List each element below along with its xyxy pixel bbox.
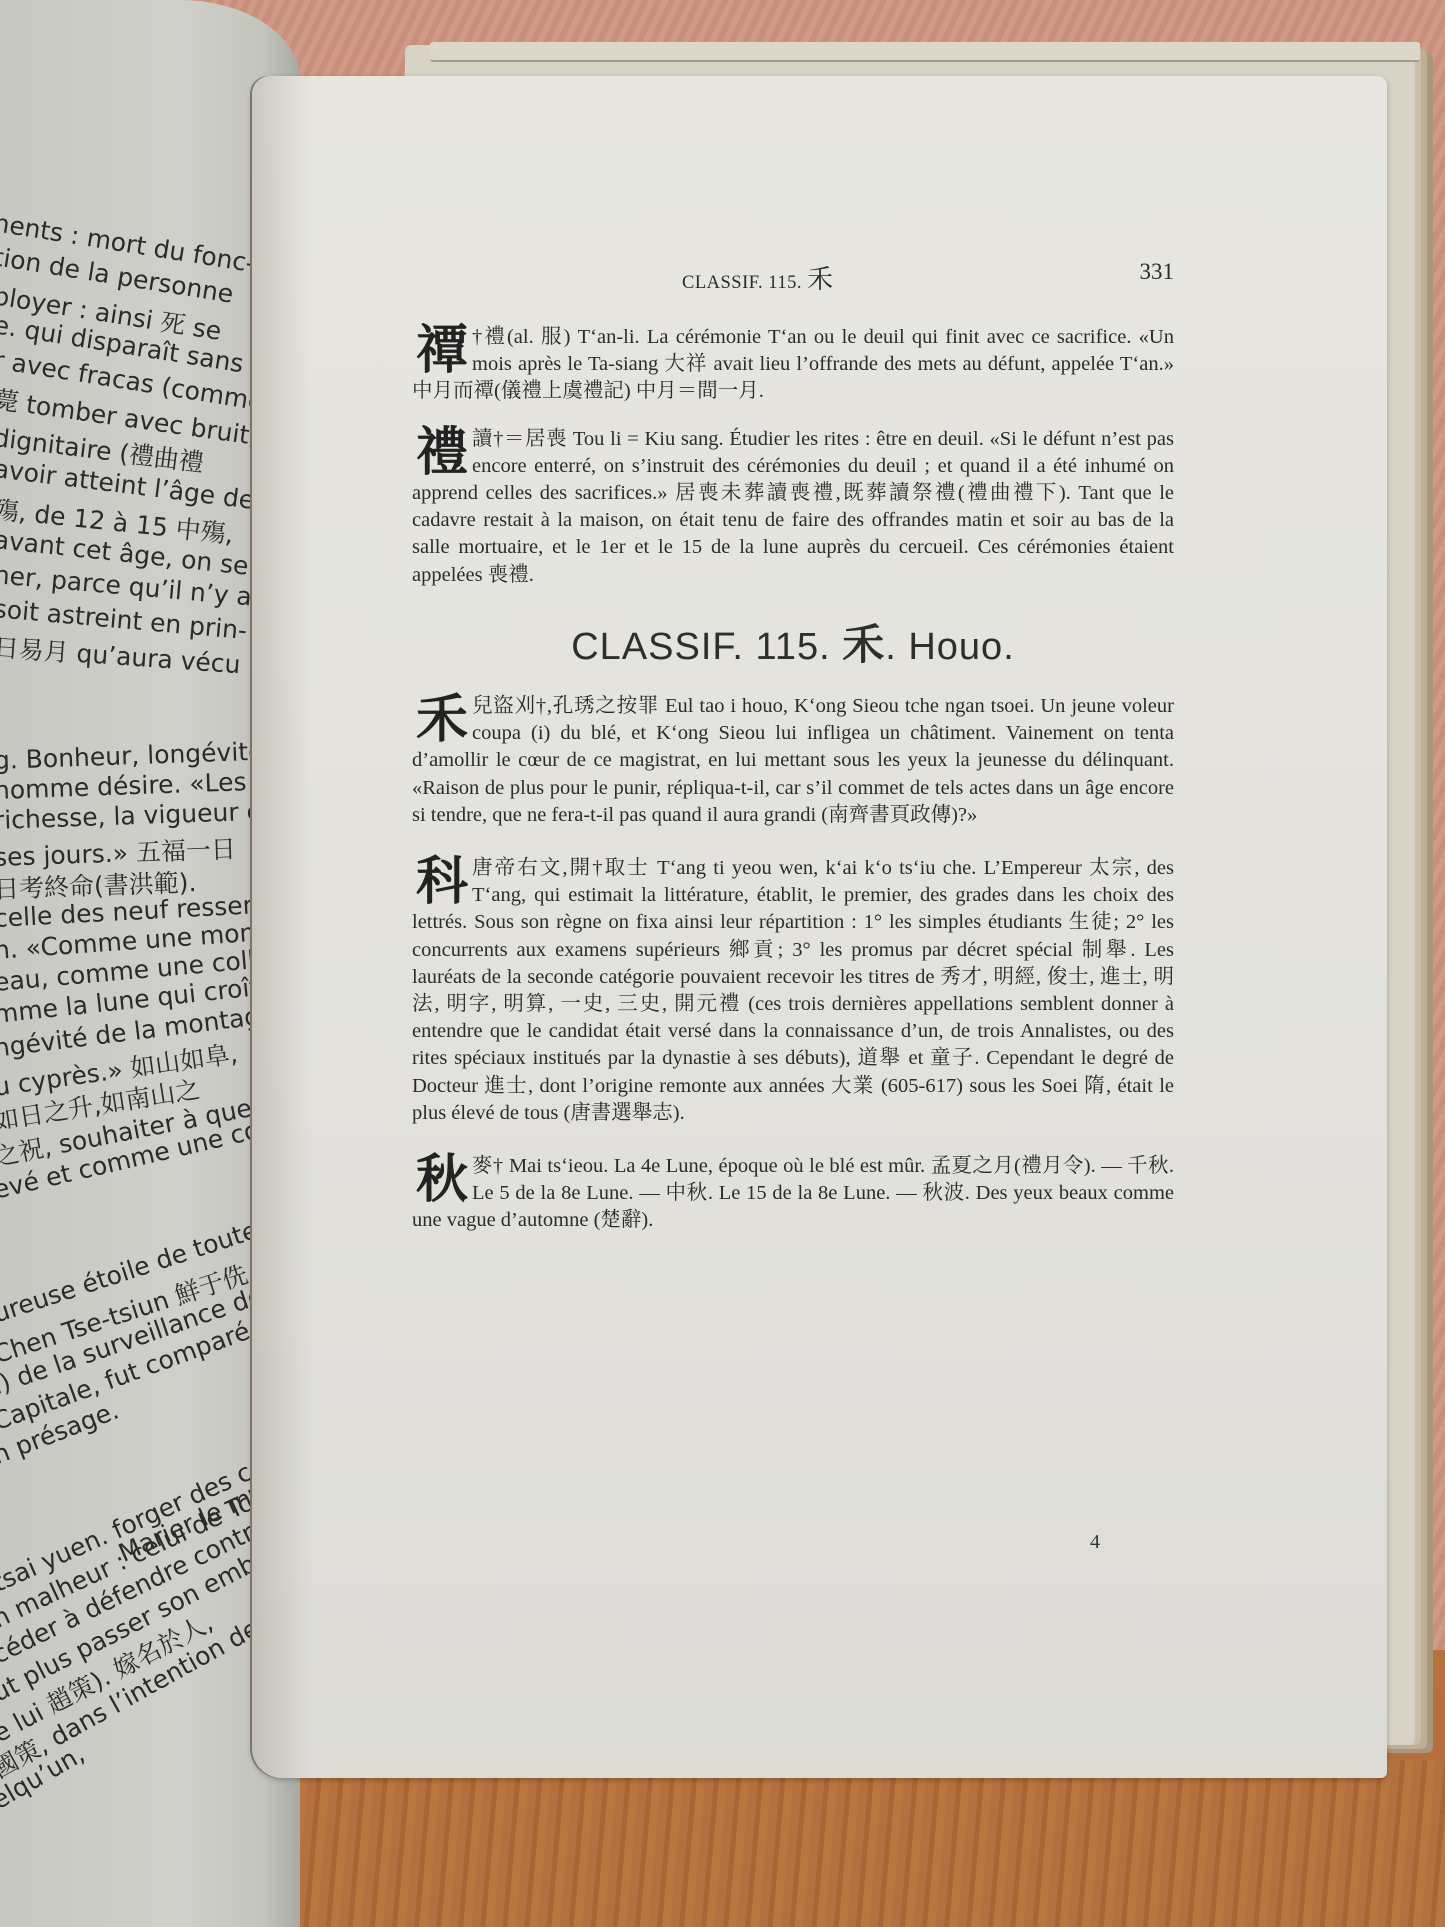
- dictionary-entry: 禾 兒盜刈†,孔琇之按罪 Eul tao i houo, K‘ong Sieou…: [412, 693, 1174, 829]
- running-head: CLASSIF. 115. 禾 331: [412, 250, 1174, 280]
- entry-text: 兒盜刈†,孔琇之按罪 Eul tao i houo, K‘ong Sieou t…: [412, 693, 1174, 829]
- running-head-title: CLASSIF. 115. 禾: [682, 266, 834, 297]
- dictionary-entry: 秋 麥† Mai ts‘ieou. La 4e Lune, époque où …: [412, 1153, 1174, 1235]
- entry-head-character: 秋: [416, 1155, 468, 1205]
- entry-text: 唐帝右文,開†取士 T‘ang ti yeou wen, k‘ai k‘o ts…: [412, 855, 1174, 1127]
- dictionary-entry: 科 唐帝右文,開†取士 T‘ang ti yeou wen, k‘ai k‘o …: [412, 855, 1174, 1127]
- page-content: CLASSIF. 115. 禾 331 禫 †禮(al. 服) T‘an-li.…: [412, 250, 1174, 1235]
- torn-page-edge: [430, 42, 1420, 62]
- radical-glyph: 禾: [807, 265, 834, 294]
- entry-head-character: 禮: [416, 428, 468, 478]
- radical-glyph: 禾: [842, 620, 885, 669]
- entry-text: 讀†＝居喪 Tou li = Kiu sang. Étudier les rit…: [412, 426, 1174, 589]
- signature-mark: 4: [1090, 1531, 1100, 1554]
- dictionary-entry: 禮 讀†＝居喪 Tou li = Kiu sang. Étudier les r…: [412, 426, 1174, 589]
- entry-head-character: 禾: [416, 695, 468, 745]
- entry-head-character: 禫: [416, 326, 468, 376]
- dictionary-entry: 禫 †禮(al. 服) T‘an-li. La cérémonie T‘an o…: [412, 324, 1174, 406]
- section-heading: CLASSIF. 115. 禾. Houo.: [412, 631, 1174, 661]
- entry-text: 麥† Mai ts‘ieou. La 4e Lune, époque où le…: [412, 1153, 1174, 1235]
- page-number: 331: [1140, 258, 1175, 285]
- entry-head-character: 科: [416, 857, 468, 907]
- entry-text: †禮(al. 服) T‘an-li. La cérémonie T‘an ou …: [412, 324, 1174, 406]
